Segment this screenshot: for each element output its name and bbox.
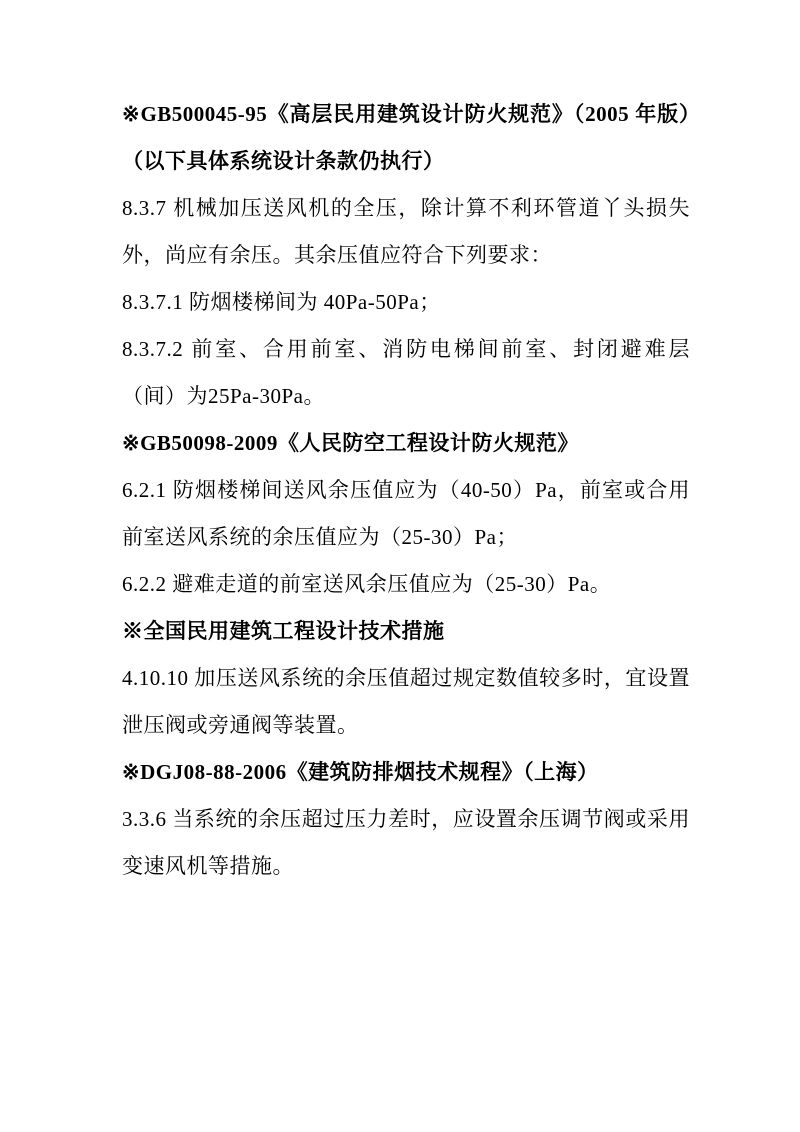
clause-8-3-7: 8.3.7 机械加压送风机的全压，除计算不利环管道丫头损失外，尚应有余压。其余压… (122, 185, 690, 279)
clause-8-3-7-2: 8.3.7.2 前室、合用前室、消防电梯间前室、封闭避难层（间）为25Pa-30… (122, 326, 690, 420)
heading-gb50098-2009: ※GB50098-2009《人民防空工程设计防火规范》 (122, 420, 690, 467)
heading-national-measures: ※全国民用建筑工程设计技术措施 (122, 608, 690, 655)
clause-3-3-6: 3.3.6 当系统的余压超过压力差时，应设置余压调节阀或采用变速风机等措施。 (122, 796, 690, 890)
document-page: ※GB500045-95《高层民用建筑设计防火规范》（2005 年版）（以下具体… (0, 0, 800, 1132)
heading-gb500045-95: ※GB500045-95《高层民用建筑设计防火规范》（2005 年版）（以下具体… (122, 91, 690, 185)
heading-dgj08-88-2006: ※DGJ08-88-2006《建筑防排烟技术规程》（上海） (122, 749, 690, 796)
clause-6-2-2: 6.2.2 避难走道的前室送风余压值应为（25-30）Pa。 (122, 561, 690, 608)
clause-8-3-7-1: 8.3.7.1 防烟楼梯间为 40Pa-50Pa； (122, 279, 690, 326)
clause-6-2-1: 6.2.1 防烟楼梯间送风余压值应为（40-50）Pa，前室或合用前室送风系统的… (122, 467, 690, 561)
clause-4-10-10: 4.10.10 加压送风系统的余压值超过规定数值较多时，宜设置泄压阀或旁通阀等装… (122, 655, 690, 749)
